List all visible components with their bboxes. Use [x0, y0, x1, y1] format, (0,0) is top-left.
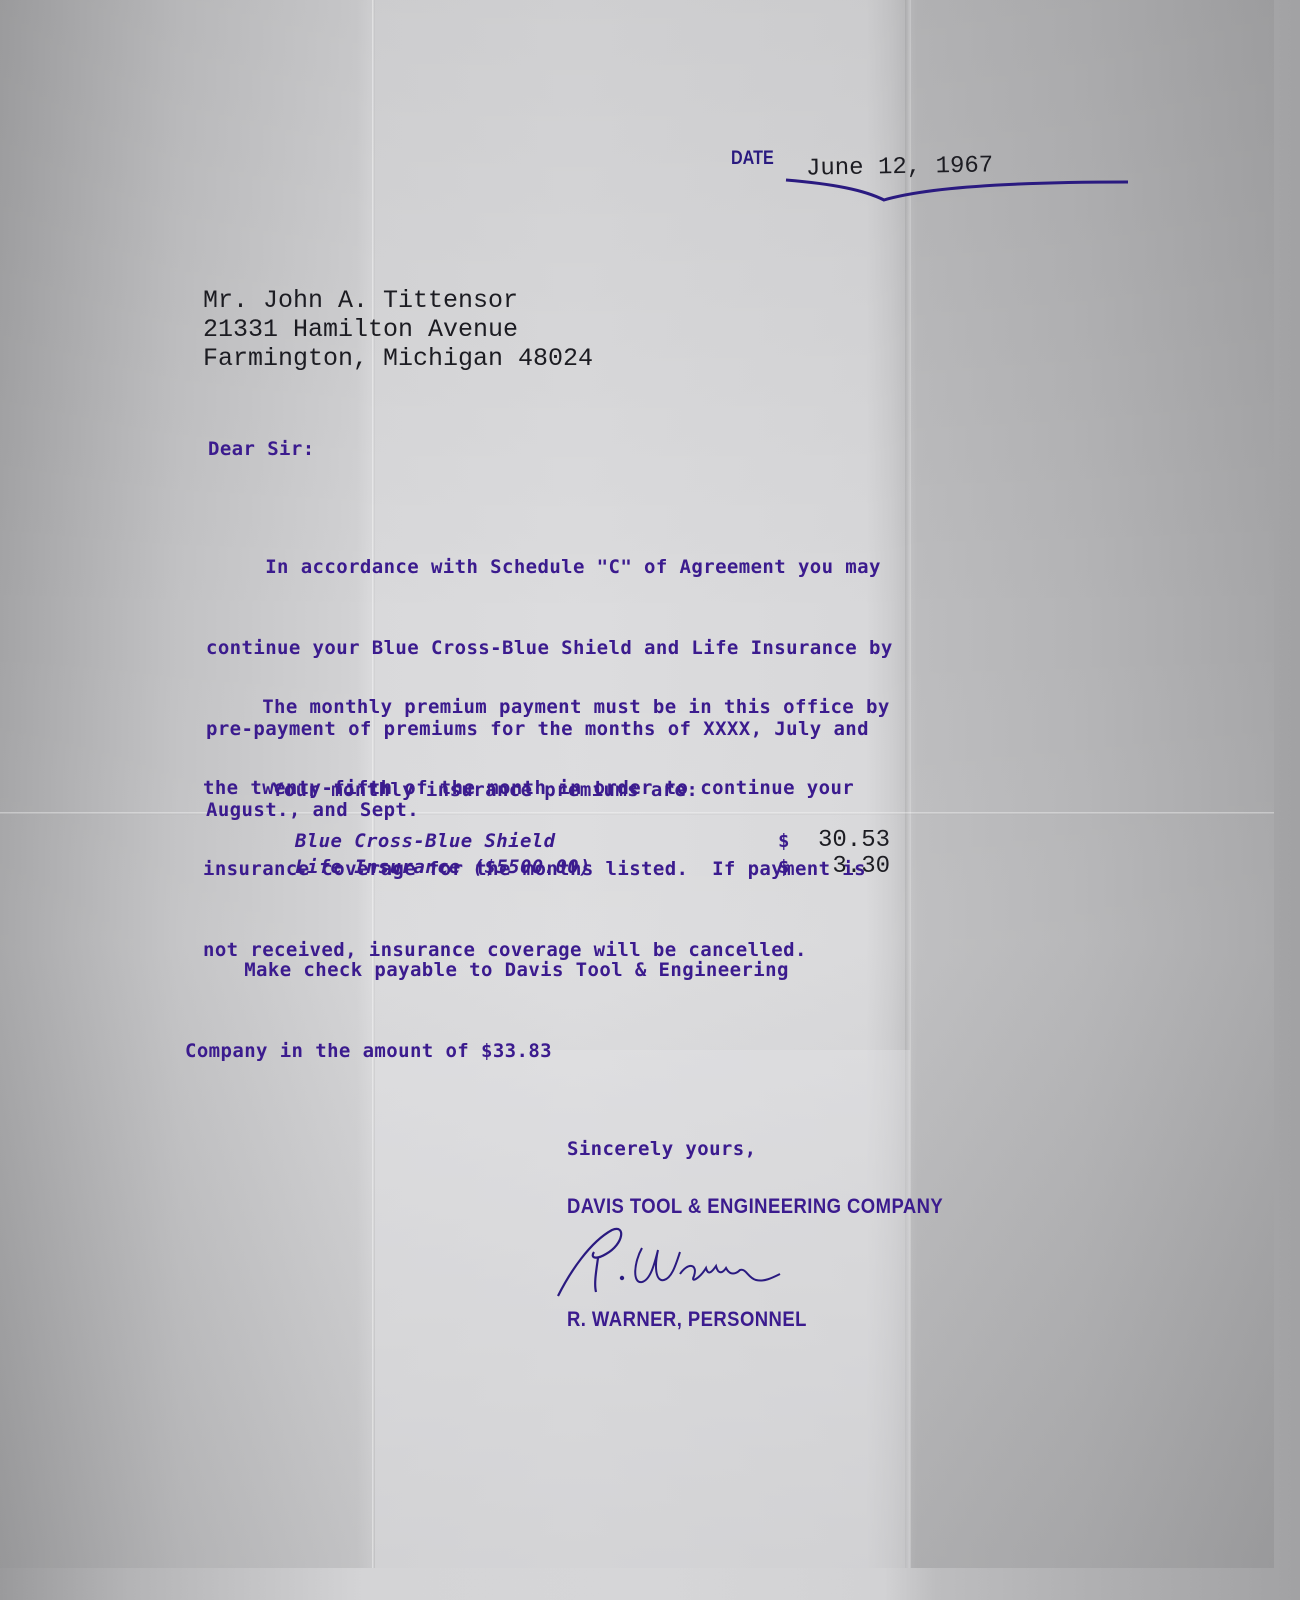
premium-amount: 3.30	[806, 854, 890, 880]
payment-instruction: Make check payable to Davis Tool & Engin…	[185, 903, 789, 1119]
premium-currency: $	[778, 854, 806, 880]
premium-row: Blue Cross-Blue Shield $ 30.53	[295, 828, 895, 854]
letter-paper: DATE June 12, 1967 Mr. John A. Tittensor…	[0, 0, 1274, 1568]
premium-item: Blue Cross-Blue Shield	[295, 828, 778, 854]
paragraph-line: Make check payable to Davis Tool & Engin…	[185, 957, 789, 984]
company-name: DAVIS TOOL & ENGINEERING COMPANY	[567, 1193, 943, 1220]
handwritten-signature: R. Warner	[550, 1222, 790, 1302]
recipient-name: Mr. John A. Tittensor	[203, 286, 593, 315]
premium-table: Blue Cross-Blue Shield $ 30.53 Life Insu…	[295, 828, 895, 880]
recipient-street: 21331 Hamilton Avenue	[203, 315, 593, 344]
closing: Sincerely yours,	[567, 1136, 756, 1163]
recipient-city-state-zip: Farmington, Michigan 48024	[203, 344, 593, 373]
paragraph-line: The monthly premium payment must be in t…	[203, 694, 890, 721]
recipient-address: Mr. John A. Tittensor 21331 Hamilton Ave…	[203, 286, 593, 373]
premium-amount: 30.53	[806, 828, 890, 854]
paragraph-line: Company in the amount of $33.83	[185, 1038, 789, 1065]
paragraph-line: In accordance with Schedule "C" of Agree…	[206, 554, 893, 581]
premium-item: Life Insurance ($5500.00)	[295, 854, 778, 880]
premium-currency: $	[778, 828, 806, 854]
date-underline	[784, 170, 1130, 206]
premiums-intro: Your monthly insurance premiums are:	[272, 777, 698, 804]
premium-row: Life Insurance ($5500.00) $ 3.30	[295, 854, 895, 880]
salutation: Dear Sir:	[208, 436, 315, 463]
signer-name-title: R. WARNER, PERSONNEL	[567, 1306, 807, 1333]
date-label: DATE	[731, 148, 774, 170]
